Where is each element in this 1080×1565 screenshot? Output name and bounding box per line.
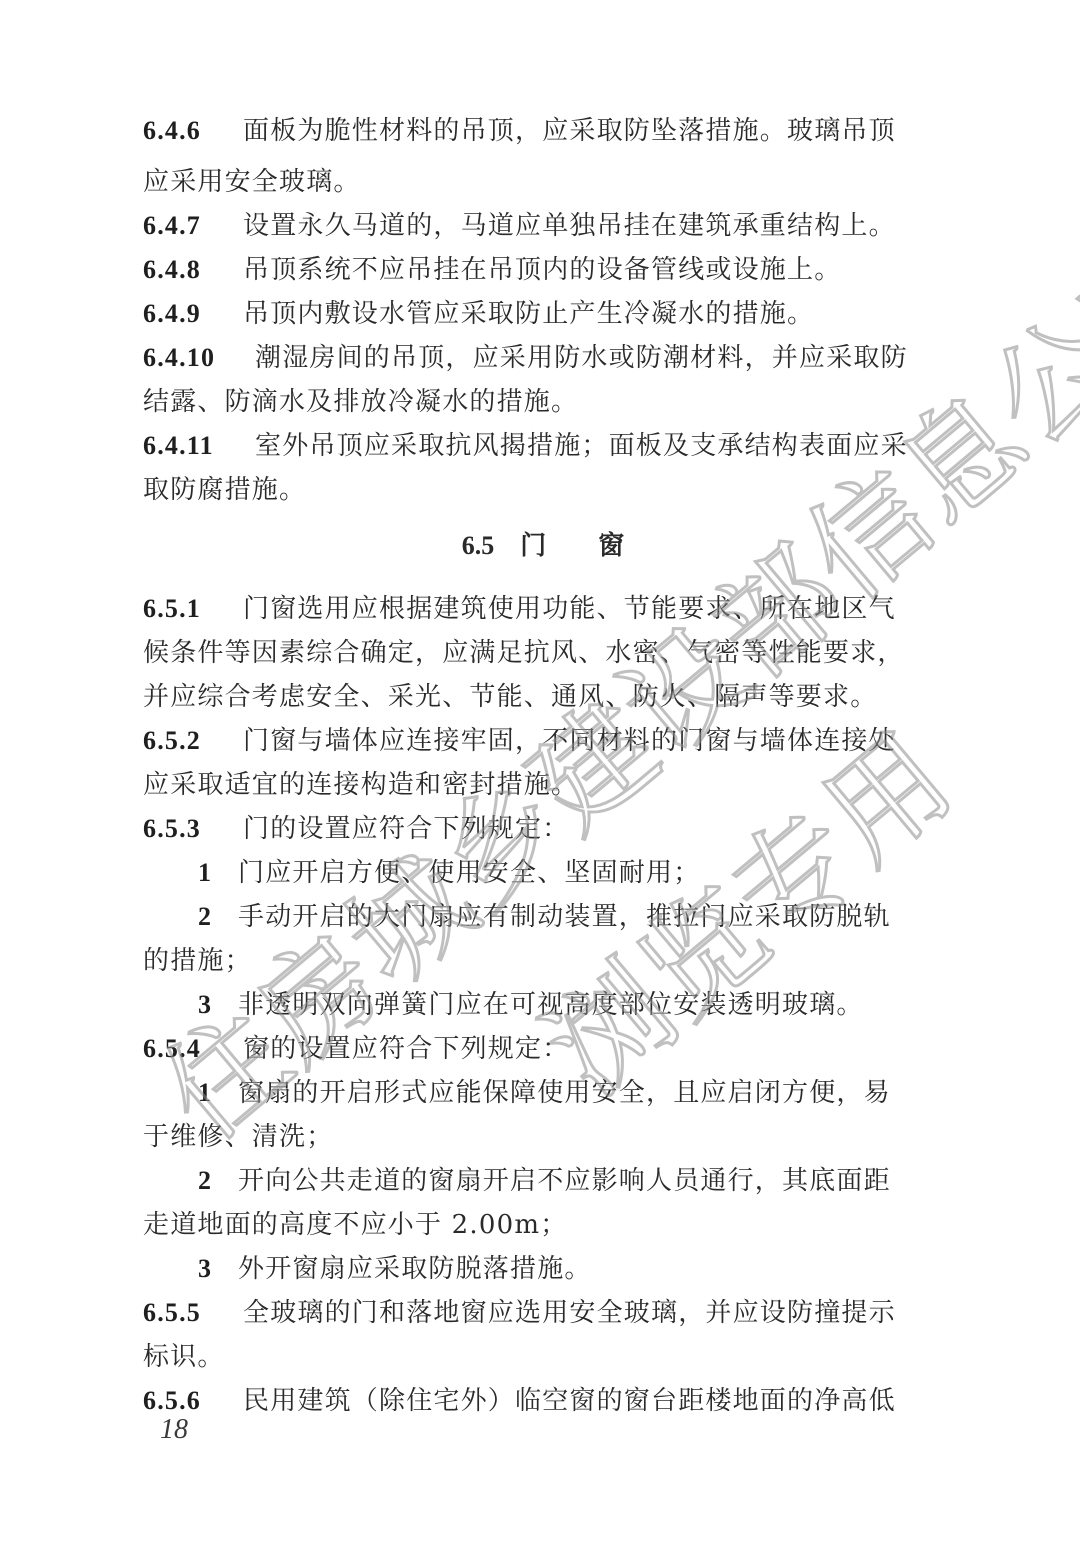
- section-number: 6.5: [462, 531, 495, 560]
- clause-6-4-8: 6.4.8吊顶系统不应吊挂在吊顶内的设备管线或设施上。: [143, 252, 841, 288]
- item-text: 开向公共走道的窗扇开启不应影响人员通行，其底面距: [238, 1166, 891, 1196]
- item-number: 2: [198, 1163, 238, 1199]
- clause-text: 吊顶系统不应吊挂在吊顶内的设备管线或设施上。: [243, 255, 841, 285]
- list-item: 3外开窗扇应采取防脱落措施。: [143, 1251, 592, 1287]
- clause-6-4-11: 6.4.11室外吊顶应采取抗风揭措施；面板及支承结构表面应采: [143, 428, 908, 464]
- clause-6-5-1: 6.5.1门窗选用应根据建筑使用功能、节能要求、所在地区气: [143, 591, 896, 627]
- item-number: 2: [198, 899, 238, 935]
- clause-text-continued: 并应综合考虑安全、采光、节能、通风、防火、隔声等要求。: [143, 679, 877, 715]
- clause-text: 设置永久马道的，马道应单独吊挂在建筑承重结构上。: [243, 211, 896, 241]
- clause-6-4-7: 6.4.7设置永久马道的，马道应单独吊挂在建筑承重结构上。: [143, 208, 896, 244]
- clause-number: 6.4.8: [143, 252, 243, 288]
- clause-6-5-4: 6.5.4窗的设置应符合下列规定：: [143, 1031, 569, 1067]
- section-title-char: 门: [520, 531, 546, 561]
- clause-text-continued: 应采用安全玻璃。: [143, 164, 361, 200]
- clause-6-5-2: 6.5.2门窗与墙体应连接牢固，不同材料的门窗与墙体连接处: [143, 723, 896, 759]
- clause-6-4-10: 6.4.10潮湿房间的吊顶，应采用防水或防潮材料，并应采取防: [143, 340, 908, 376]
- clause-text: 民用建筑（除住宅外）临空窗的窗台距楼地面的净高低: [243, 1386, 896, 1416]
- clause-6-5-6: 6.5.6民用建筑（除住宅外）临空窗的窗台距楼地面的净高低: [143, 1383, 896, 1419]
- clause-number: 6.4.10: [143, 340, 255, 376]
- clause-text-continued: 结露、防滴水及排放冷凝水的措施。: [143, 384, 578, 420]
- clause-number: 6.5.5: [143, 1295, 243, 1331]
- clause-text: 吊顶内敷设水管应采取防止产生冷凝水的措施。: [243, 299, 814, 329]
- clause-number: 6.4.9: [143, 296, 243, 332]
- item-number: 3: [198, 987, 238, 1023]
- clause-text-continued: 取防腐措施。: [143, 472, 306, 508]
- item-text-continued: 走道地面的高度不应小于 2.00m；: [143, 1207, 567, 1243]
- page-number: 18: [160, 1414, 188, 1446]
- list-item: 1窗扇的开启形式应能保障使用安全，且应启闭方便，易: [143, 1075, 891, 1111]
- item-text: 外开窗扇应采取防脱落措施。: [238, 1254, 592, 1284]
- clause-number: 6.4.6: [143, 113, 243, 149]
- clause-text: 全玻璃的门和落地窗应选用安全玻璃，并应设防撞提示: [243, 1298, 896, 1328]
- clause-6-5-3: 6.5.3门的设置应符合下列规定：: [143, 811, 569, 847]
- clause-number: 6.5.2: [143, 723, 243, 759]
- section-title-char: 窗: [598, 531, 624, 561]
- item-number: 1: [198, 1075, 238, 1111]
- clause-text: 门窗选用应根据建筑使用功能、节能要求、所在地区气: [243, 594, 896, 624]
- section-heading: 6.5门窗: [143, 528, 943, 564]
- clause-text-continued: 候条件等因素综合确定，应满足抗风、水密、气密等性能要求，: [143, 635, 905, 671]
- list-item: 3非透明双向弹簧门应在可视高度部位安装透明玻璃。: [143, 987, 864, 1023]
- clause-number: 6.5.4: [143, 1031, 243, 1067]
- clause-number: 6.5.1: [143, 591, 243, 627]
- item-text: 门应开启方便、使用安全、坚固耐用；: [238, 858, 700, 888]
- item-text-continued: 的措施；: [143, 943, 252, 979]
- clause-text: 室外吊顶应采取抗风揭措施；面板及支承结构表面应采: [255, 431, 908, 461]
- clause-6-4-9: 6.4.9吊顶内敷设水管应采取防止产生冷凝水的措施。: [143, 296, 814, 332]
- clause-number: 6.4.7: [143, 208, 243, 244]
- list-item: 2手动开启的大门扇应有制动装置，推拉门应采取防脱轨: [143, 899, 891, 935]
- item-text: 窗扇的开启形式应能保障使用安全，且应启闭方便，易: [238, 1078, 891, 1108]
- clause-text: 门窗与墙体应连接牢固，不同材料的门窗与墙体连接处: [243, 726, 896, 756]
- clause-6-5-5: 6.5.5全玻璃的门和落地窗应选用安全玻璃，并应设防撞提示: [143, 1295, 896, 1331]
- clause-number: 6.5.6: [143, 1383, 243, 1419]
- item-text-continued: 于维修、清洗；: [143, 1119, 333, 1155]
- list-item: 2开向公共走道的窗扇开启不应影响人员通行，其底面距: [143, 1163, 891, 1199]
- clause-text: 门的设置应符合下列规定：: [243, 814, 569, 844]
- clause-text: 窗的设置应符合下列规定：: [243, 1034, 569, 1064]
- item-text: 非透明双向弹簧门应在可视高度部位安装透明玻璃。: [238, 990, 864, 1020]
- item-number: 3: [198, 1251, 238, 1287]
- clause-text-continued: 应采取适宜的连接构造和密封措施。: [143, 767, 578, 803]
- clause-6-4-6: 6.4.6面板为脆性材料的吊顶，应采取防坠落措施。玻璃吊顶: [143, 113, 896, 149]
- item-text: 手动开启的大门扇应有制动装置，推拉门应采取防脱轨: [238, 902, 891, 932]
- clause-number: 6.4.11: [143, 428, 255, 464]
- clause-text: 面板为脆性材料的吊顶，应采取防坠落措施。玻璃吊顶: [243, 116, 896, 146]
- clause-number: 6.5.3: [143, 811, 243, 847]
- list-item: 1门应开启方便、使用安全、坚固耐用；: [143, 855, 700, 891]
- clause-text: 潮湿房间的吊顶，应采用防水或防潮材料，并应采取防: [255, 343, 908, 373]
- clause-text-continued: 标识。: [143, 1339, 225, 1375]
- item-number: 1: [198, 855, 238, 891]
